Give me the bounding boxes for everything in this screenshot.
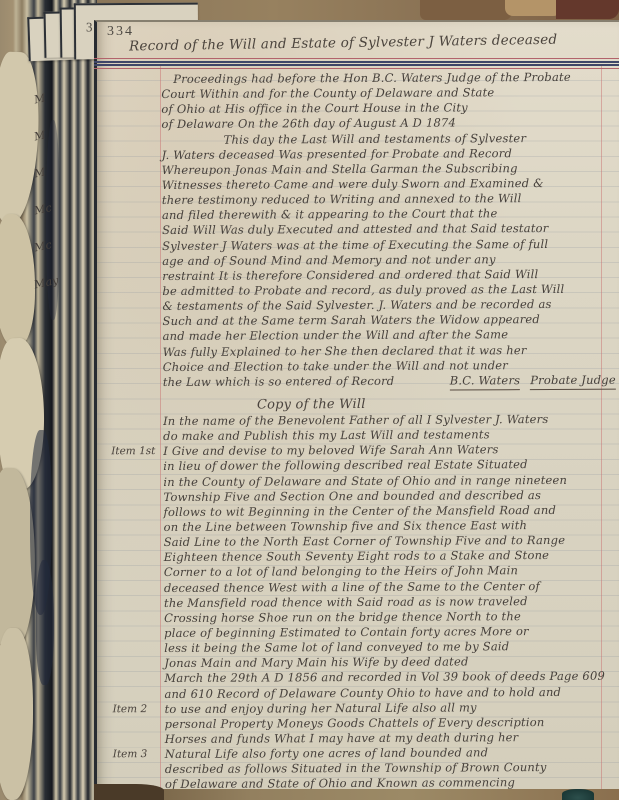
record-title: Record of the Will and Estate of Sylvest… [129, 32, 557, 55]
manuscript-line-text: Natural Life also forty one acres of lan… [165, 745, 488, 761]
manuscript-line-text: Said Will Was duly Executed and attested… [162, 221, 548, 237]
manuscript-line-text: I Give and devise to my beloved Wife Sar… [163, 443, 498, 459]
manuscript-line-text: in lieu of dower the following described… [163, 458, 528, 474]
manuscript-line-text: Such and at the Same term Sarah Waters t… [162, 312, 540, 328]
torn-page-edge [0, 628, 33, 800]
book-clasp [562, 789, 594, 800]
manuscript-line-text: the Mansfield road thence with Said road… [164, 594, 528, 610]
book-cover-corner [556, 0, 619, 19]
manuscript-line-text: March the 29th A D 1856 and recorded in … [164, 669, 605, 685]
edge-letter: Mc [33, 201, 59, 217]
manuscript-line-text: and 610 Record of Delaware County Ohio t… [164, 684, 561, 700]
item-margin-label: Item 2 [113, 702, 163, 717]
manuscript-line-text: Corner to a lot of land belonging to the… [164, 564, 518, 580]
edge-letter: M [33, 164, 59, 180]
page-content: Record of the Will and Estate of Sylvest… [95, 21, 619, 800]
will-section: In the name of the Benevolent Father of … [163, 412, 618, 793]
ledger-book-photo: MMMMcMcMay 3 334 Record of the Will and … [0, 0, 619, 800]
manuscript-line-text: less it being the Same lot of land conve… [164, 639, 509, 655]
manuscript-line-text: there testimony reduced to Writing and a… [162, 191, 522, 207]
desk-surface-bottom [94, 789, 619, 800]
closing-signature-line: the Law which is so entered of Record B.… [163, 372, 616, 390]
item-margin-label: Item 3 [113, 747, 163, 762]
ledger-page: 334 Record of the Will and Estate of Syl… [94, 20, 619, 800]
judge-signature: B.C. Waters [450, 373, 521, 391]
manuscript-line-text: Crossing horse Shoe run on the bridge th… [164, 609, 521, 625]
manuscript-line-text: In the name of the Benevolent Father of … [163, 412, 548, 428]
will-lines: In the name of the Benevolent Father of … [163, 412, 618, 793]
item-margin-label: Item 1st [111, 444, 161, 459]
manuscript-line-text: of Delaware On the 26th day of August A … [161, 116, 456, 132]
manuscript-line-text: Eighteen thence South Seventy Eight rods… [164, 548, 549, 564]
manuscript-line-text: in the County of Delaware and State of O… [163, 472, 567, 488]
manuscript-line-text: personal Property Moneys Goods Chattels … [165, 715, 545, 731]
manuscript-line-text: age and of Sound Mind and Memory and not… [162, 252, 495, 268]
proceedings-section: Proceedings had before the Hon B.C. Wate… [161, 70, 616, 390]
manuscript-line-text: Jonas Main and Mary Main his Wife by dee… [164, 655, 468, 671]
manuscript-line-text: Witnesses thereto Came and were duly Swo… [162, 176, 544, 192]
will-section-heading: Copy of the Will [257, 397, 366, 413]
manuscript-line-text: Said Line to the North East Corner of To… [164, 533, 566, 549]
manuscript-line-text: follows to wit Beginning in the Center o… [163, 503, 556, 519]
edge-index-letters: MMMMcMcMay [34, 92, 59, 288]
manuscript-line-text: Township Five and Section One and bounde… [163, 488, 541, 504]
manuscript-line-text: & testaments of the Said Sylvester. J. W… [162, 297, 551, 313]
manuscript-line-text: to use and enjoy during her Natural Life… [165, 700, 477, 716]
manuscript-line-text: Horses and funds What I may have at my d… [165, 730, 519, 746]
manuscript-line-text: do make and Publish this my Last Will an… [163, 427, 490, 443]
manuscript-line-text: Choice and Election to take under the Wi… [163, 358, 508, 374]
ink-stained-edge [36, 560, 54, 685]
closing-text: the Law which is so entered of Record [163, 374, 395, 390]
manuscript-line-text: and filed therewith & it appearing to th… [162, 207, 498, 223]
manuscript-line-text: restraint It is therefore Considered and… [162, 267, 538, 283]
manuscript-line-text: This day the Last Will and testaments of… [224, 131, 527, 147]
page-curl-shadow [94, 784, 164, 800]
under-page-number: 3 [86, 19, 93, 35]
manuscript-line-text: and made her Election under the Will and… [163, 328, 509, 344]
manuscript-line-text: of Ohio at His office in the Court House… [161, 101, 467, 117]
manuscript-line-text: deceased thence West with a line of the … [164, 579, 540, 595]
manuscript-line-text: Court Within and for the County of Delaw… [161, 85, 494, 101]
manuscript-line-text: described as follows Situated in the Tow… [165, 760, 547, 776]
page-edge-stack: MMMMcMcMay [0, 0, 97, 800]
judge-title: Probate Judge [530, 372, 616, 390]
manuscript-line-text: Was fully Explained to her She then decl… [163, 343, 527, 359]
torn-page-edge [0, 214, 35, 346]
desk-highlight-patch [505, 0, 563, 16]
desk-shadow-patch [420, 0, 512, 20]
manuscript-line-text: Proceedings had before the Hon B.C. Wate… [173, 70, 571, 86]
edge-letter: M [33, 127, 59, 143]
manuscript-line-text: on the Line between Township five and Si… [164, 518, 528, 534]
proceedings-lines: Proceedings had before the Hon B.C. Wate… [161, 70, 616, 375]
manuscript-line-text: J. Waters deceased Was presented for Pro… [162, 146, 512, 162]
edge-letter: Mc [33, 238, 59, 254]
manuscript-line-text: place of beginning Estimated to Contain … [164, 624, 529, 640]
edge-letter: M [33, 90, 59, 106]
manuscript-line-text: Sylvester J Waters was at the time of Ex… [162, 237, 548, 253]
manuscript-line-text: Whereupon Jonas Main and Stella Garman t… [162, 161, 518, 177]
manuscript-line-text: be admitted to Probate and record, as du… [162, 282, 564, 298]
